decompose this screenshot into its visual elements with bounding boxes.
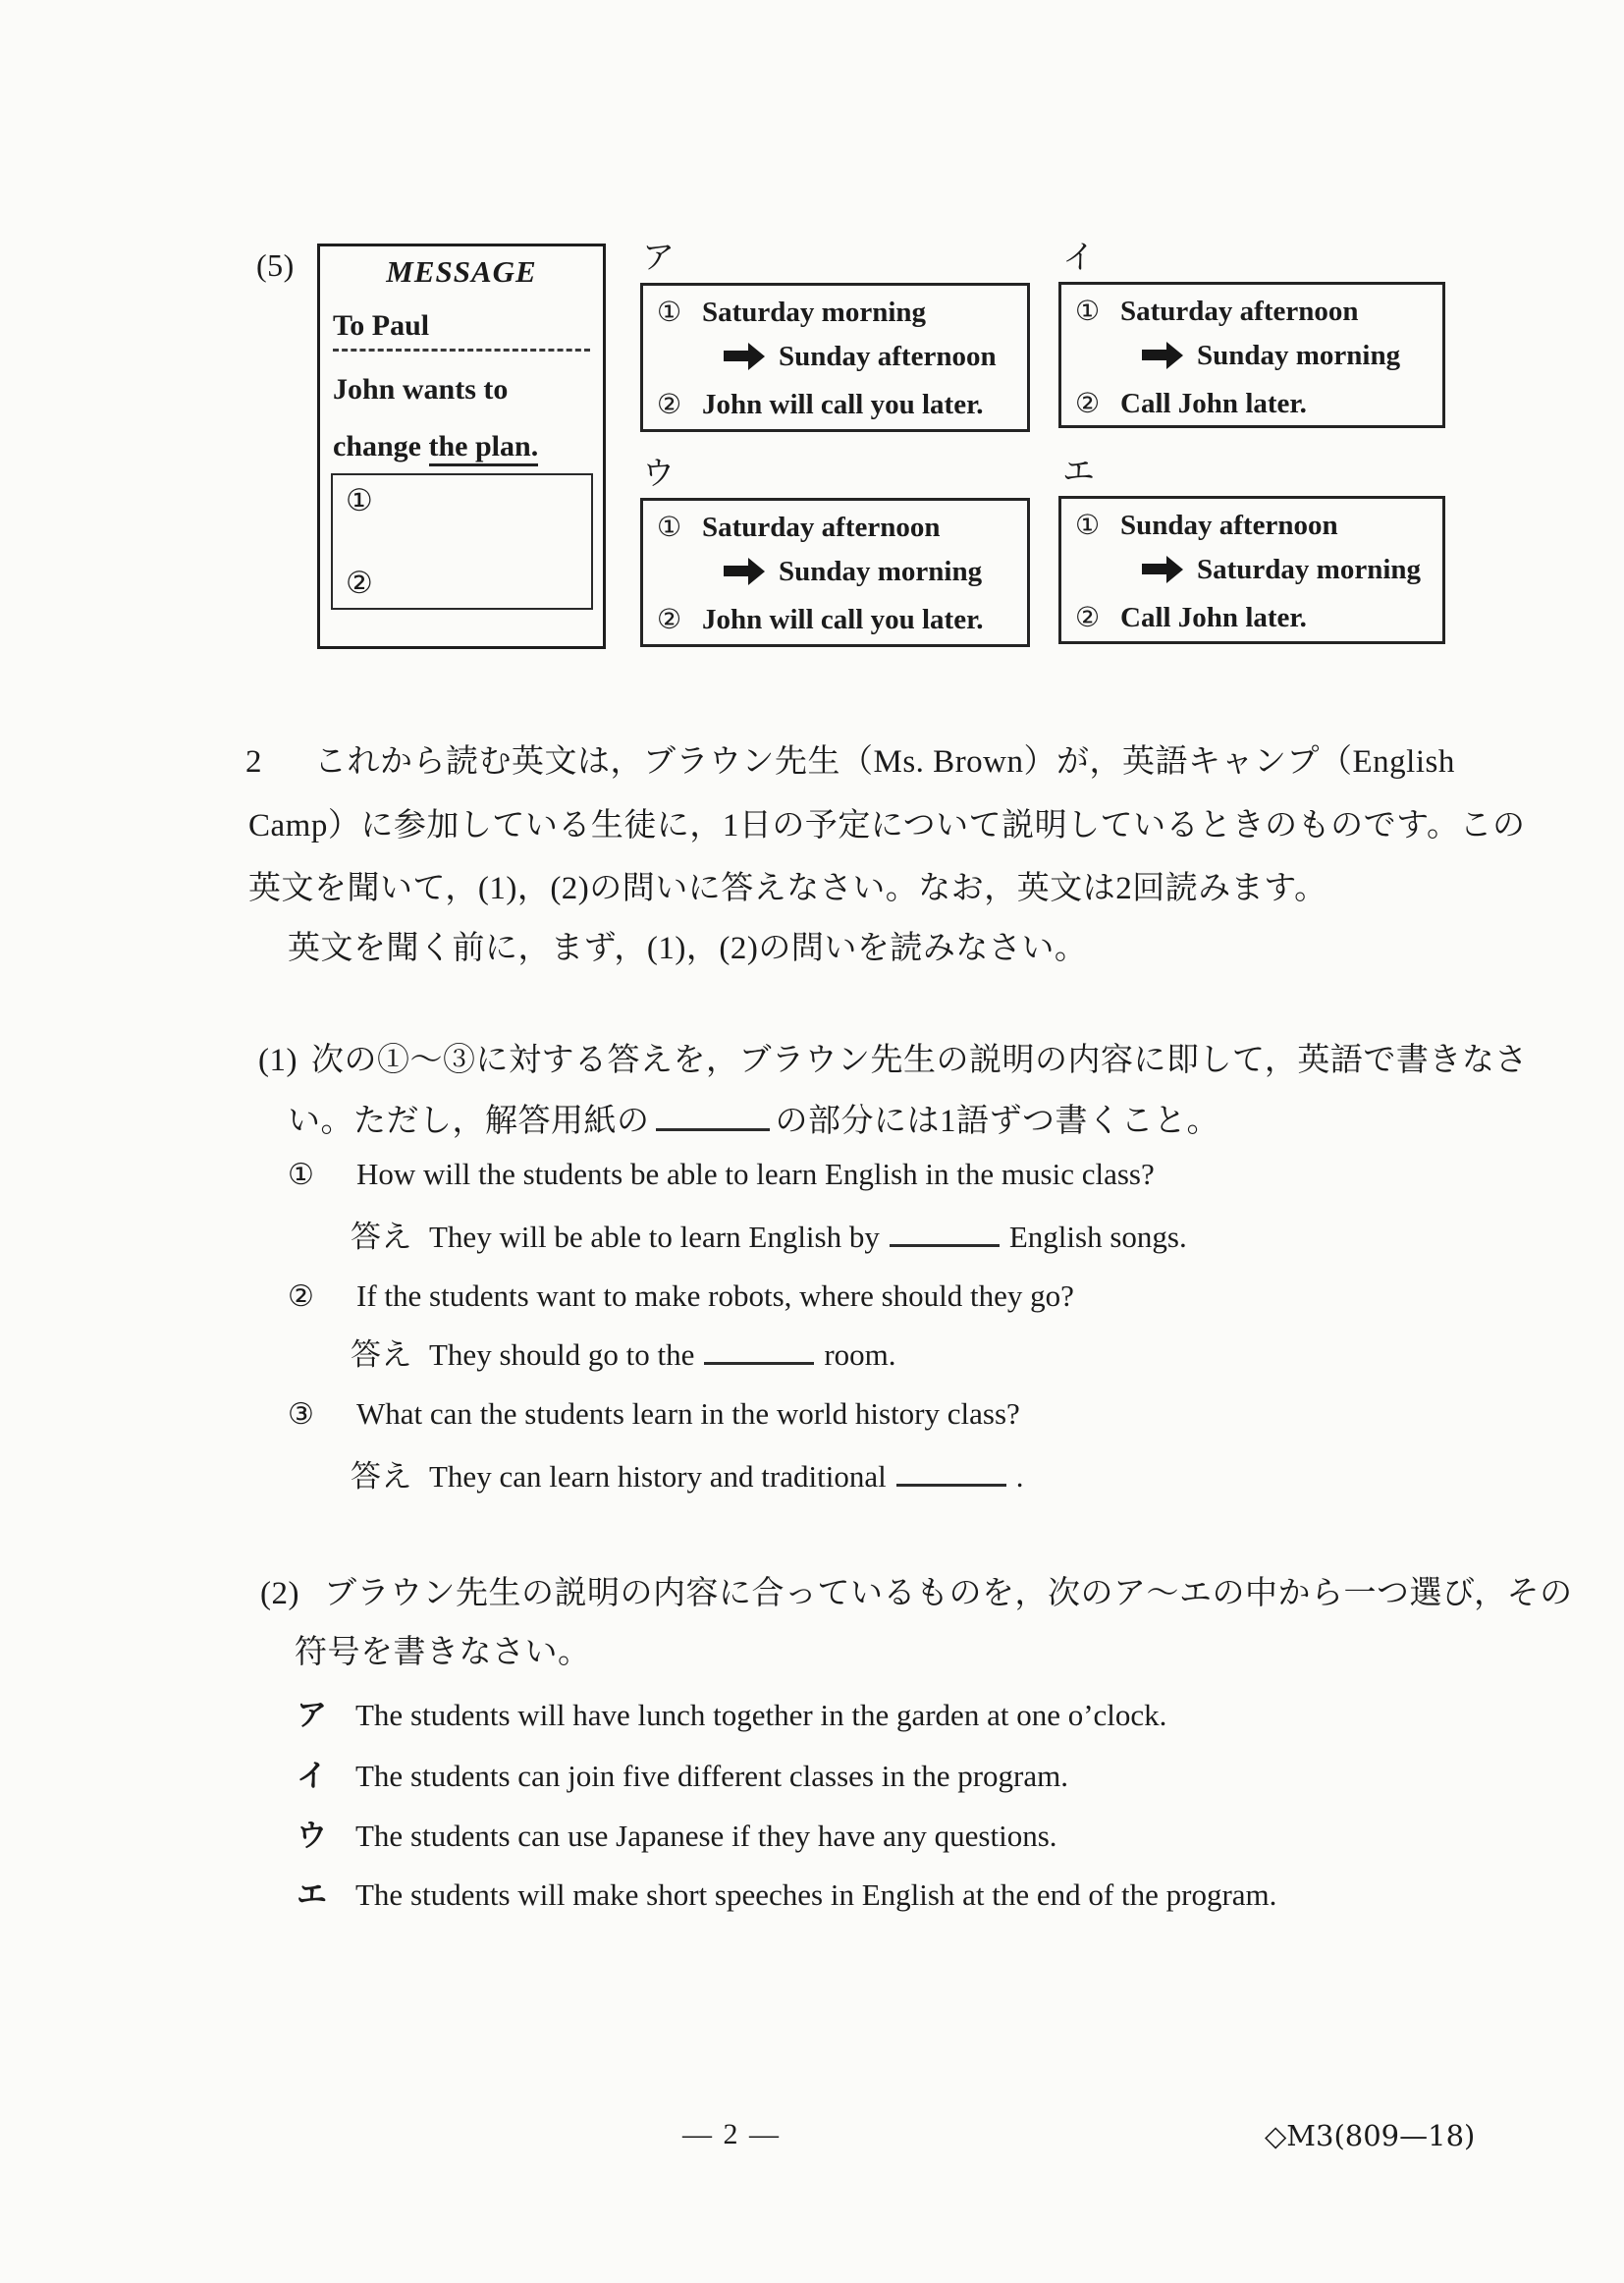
section2-number: 2 [245,742,262,783]
answer-blank [704,1356,814,1365]
message-body-line2: change the plan. [333,430,590,463]
message-recipient: To Paul [333,309,590,352]
arrow-right-icon [724,343,769,370]
section2-intro-line4: 英文を聞く前に，まず，(1)，(2)の問いを読みなさい。 [288,929,1087,969]
question2-choice-u: ウThe students can use Japanese if they h… [297,1818,1057,1856]
answer-blank [896,1478,1006,1487]
question1-item3-answer: 答えThey can learn history and traditional… [351,1458,1023,1496]
question1-item1: ①How will the students be able to learn … [288,1156,1155,1194]
document-code: ◇M3(809—18) [1265,2118,1475,2153]
choicebox-e-line1: ①Sunday afternoon [1075,509,1338,542]
choicebox-i: ①Saturday afternoon Sunday morning ②Call… [1058,282,1445,428]
question2-choice-i: イThe students can join five different cl… [297,1758,1068,1796]
arrow-right-icon [1142,556,1187,583]
choicebox-a-line2: Sunday afternoon [724,341,997,373]
arrow-right-icon [1142,342,1187,369]
choicebox-a-line3: ②John will call you later. [657,388,984,421]
choicebox-e-line2: Saturday morning [1142,554,1421,586]
message-title: MESSAGE [320,254,603,290]
choicebox-label-u: ウ [642,455,675,495]
arrow-right-icon [724,558,769,585]
choicebox-i-line1: ①Saturday afternoon [1075,295,1358,328]
question2-label: (2) [260,1574,299,1614]
question2-prompt-line1: ブラウン先生の説明の内容に合っているものを，次のア～エの中から一つ選び，その [324,1574,1573,1614]
answer-slot-2: ② [346,566,373,601]
choicebox-u: ①Saturday afternoon Sunday morning ②John… [640,498,1030,647]
section2-intro-line2: Camp）に参加している生徒に，1日の予定について説明しているときのものです。こ… [248,806,1526,846]
answer-blank [890,1238,1000,1247]
question1-label: (1) [258,1041,298,1081]
answer-slots-box: ① ② [331,473,593,610]
choicebox-label-i: イ [1062,239,1095,279]
choicebox-i-line2: Sunday morning [1142,340,1400,372]
choicebox-a-line1: ①Saturday morning [657,296,926,329]
choicebox-e-line3: ②Call John later. [1075,601,1307,634]
question1-item1-answer: 答えThey will be able to learn English byE… [351,1219,1187,1257]
choicebox-a: ①Saturday morning Sunday afternoon ②John… [640,283,1030,432]
page-number: — 2 — [682,2116,781,2153]
choicebox-label-a: ア [642,239,675,279]
section2-intro-line1: これから読む英文は，ブラウン先生（Ms. Brown）が，英語キャンプ（Engl… [314,742,1455,783]
question1-prompt-line1: 次の①～③に対する答えを，ブラウン先生の説明の内容に即して，英語で書きなさ [311,1041,1528,1081]
answer-slot-1: ① [346,483,373,518]
question2-choice-a: アThe students will have lunch together i… [297,1697,1166,1735]
question1-item3: ③What can the students learn in the worl… [288,1395,1020,1434]
exam-page: (5) MESSAGE To Paul John wants to change… [0,0,1624,2283]
underlined-phrase: the plan. [429,430,539,466]
choicebox-e: ①Sunday afternoon Saturday morning ②Call… [1058,496,1445,644]
question2-prompt-line2: 符号を書きなさい。 [295,1633,591,1673]
section2-intro-line3: 英文を聞いて，(1)，(2)の問いに答えなさい。なお，英文は2回読みます。 [248,869,1327,909]
choicebox-u-line3: ②John will call you later. [657,603,984,636]
choicebox-label-e: エ [1062,453,1095,493]
question5-label: (5) [256,245,295,285]
choicebox-u-line2: Sunday morning [724,556,982,588]
question1-item2: ②If the students want to make robots, wh… [288,1277,1074,1316]
choicebox-i-line3: ②Call John later. [1075,387,1307,420]
question1-prompt-line2: い。ただし，解答用紙のの部分には1語ずつ書くこと。 [288,1102,1219,1142]
question2-choice-e: エThe students will make short speeches i… [297,1876,1276,1915]
message-card: MESSAGE To Paul John wants to change the… [317,244,606,649]
message-body-line1: John wants to [333,373,590,407]
question1-item2-answer: 答えThey should go to theroom. [351,1336,896,1375]
choicebox-u-line1: ①Saturday afternoon [657,511,940,544]
write-in-blank [656,1122,770,1131]
